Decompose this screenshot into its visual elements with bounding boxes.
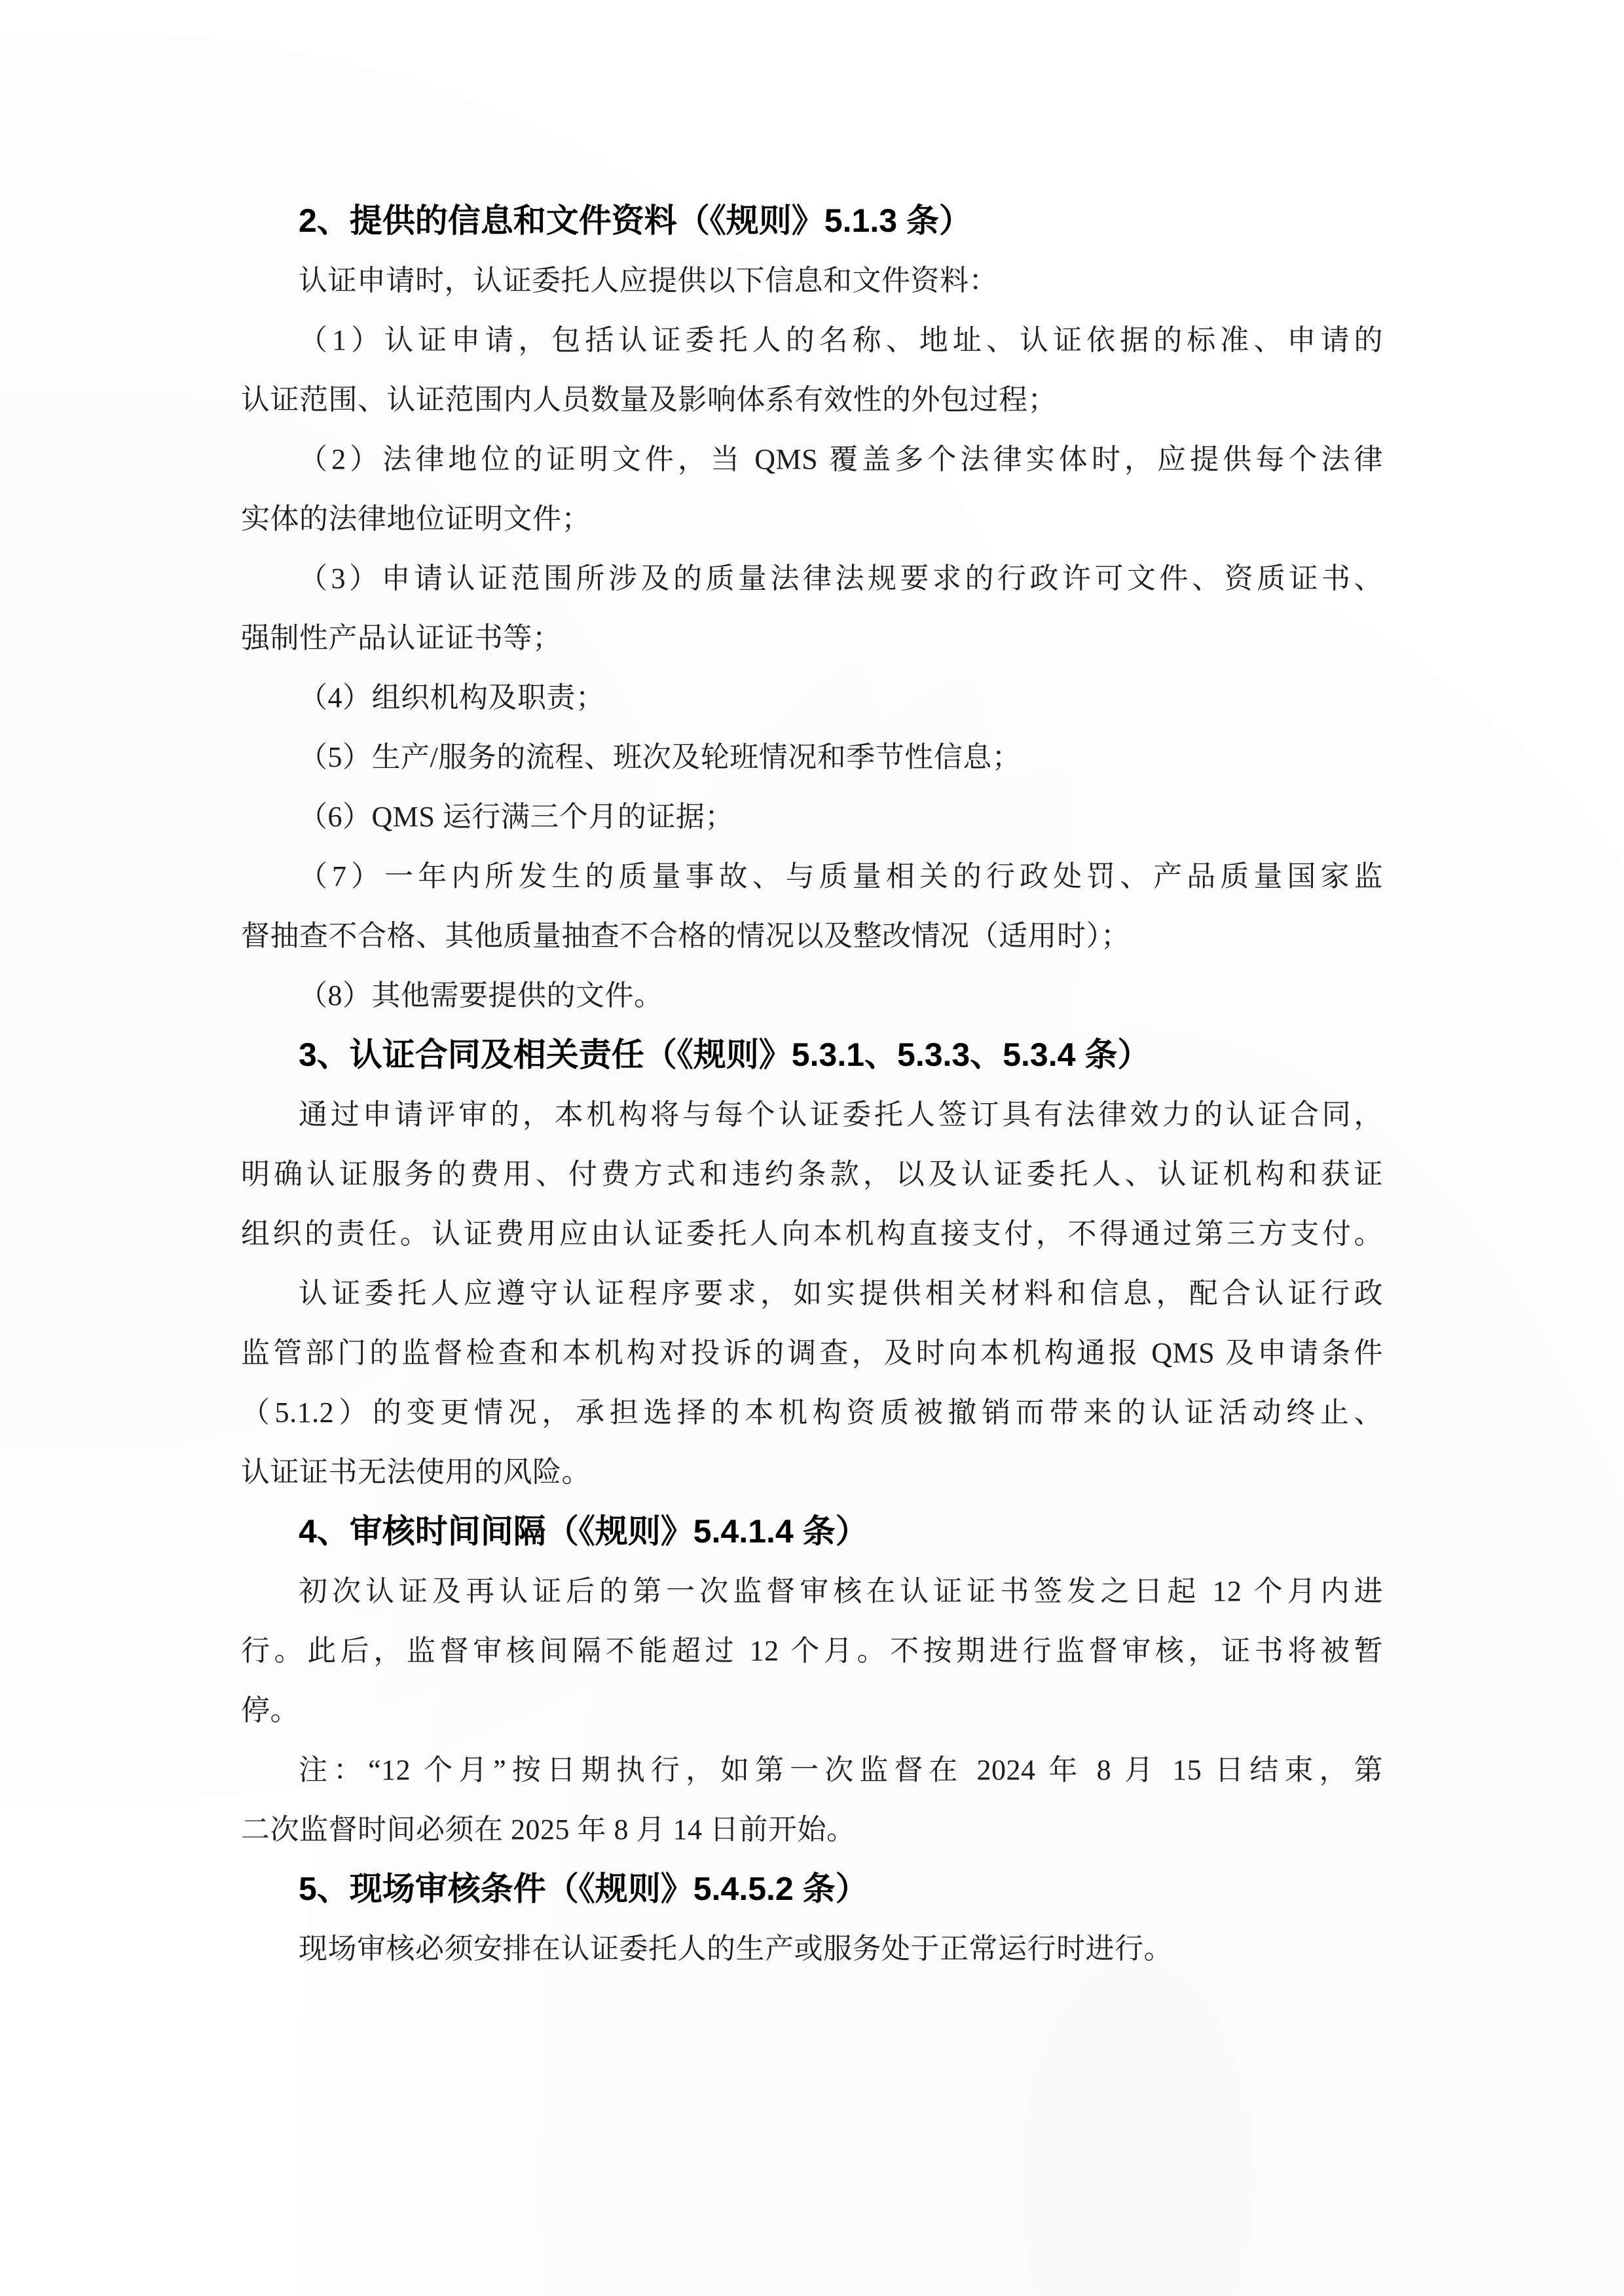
- section-2-heading: 2、提供的信息和文件资料（《规则》5.1.3 条）: [241, 191, 1383, 251]
- item-7-line-1: （7）一年内所发生的质量事故、与质量相关的行政处罚、产品质量国家监: [241, 847, 1383, 906]
- section-3-para-1-line-2: 明确认证服务的费用、付费方式和违约条款，以及认证委托人、认证机构和获证: [241, 1144, 1383, 1204]
- section-4-note-line-2: 二次监督时间必须在 2025 年 8 月 14 日前开始。: [241, 1800, 1383, 1859]
- section-3-para-2-line-3: （5.1.2）的变更情况，承担选择的本机构资质被撤销而带来的认证活动终止、: [241, 1383, 1383, 1442]
- section-4-heading: 4、审核时间间隔（《规则》5.4.1.4 条）: [241, 1502, 1383, 1561]
- item-8-line-1: （8）其他需要提供的文件。: [241, 966, 1383, 1025]
- section-2-intro: 认证申请时，认证委托人应提供以下信息和文件资料：: [241, 251, 1383, 310]
- document-text-block: 2、提供的信息和文件资料（《规则》5.1.3 条）认证申请时，认证委托人应提供以…: [241, 191, 1383, 1978]
- item-5-line-1: （5）生产/服务的流程、班次及轮班情况和季节性信息；: [241, 727, 1383, 787]
- section-4-para-1-line-3: 停。: [241, 1681, 1383, 1740]
- section-3-para-2-line-4: 认证证书无法使用的风险。: [241, 1442, 1383, 1502]
- section-4-para-1-line-2: 行。此后，监督审核间隔不能超过 12 个月。不按期进行监督审核，证书将被暂: [241, 1621, 1383, 1681]
- section-3-heading: 3、认证合同及相关责任（《规则》5.3.1、5.3.3、5.3.4 条）: [241, 1025, 1383, 1085]
- item-6-line-1: （6）QMS 运行满三个月的证据；: [241, 787, 1383, 847]
- item-7-line-2: 督抽查不合格、其他质量抽查不合格的情况以及整改情况（适用时）；: [241, 906, 1383, 966]
- section-5-para-1-line-1: 现场审核必须安排在认证委托人的生产或服务处于正常运行时进行。: [241, 1919, 1383, 1978]
- document-page: 2、提供的信息和文件资料（《规则》5.1.3 条）认证申请时，认证委托人应提供以…: [0, 0, 1624, 2296]
- section-5-heading: 5、现场审核条件（《规则》5.4.5.2 条）: [241, 1859, 1383, 1919]
- item-3-line-1: （3）申请认证范围所涉及的质量法律法规要求的行政许可文件、资质证书、: [241, 549, 1383, 608]
- section-4-note-line-1: 注：“12 个月”按日期执行，如第一次监督在 2024 年 8 月 15 日结束…: [241, 1740, 1383, 1800]
- item-1-line-2: 认证范围、认证范围内人员数量及影响体系有效性的外包过程；: [241, 370, 1383, 429]
- item-3-line-2: 强制性产品认证证书等；: [241, 608, 1383, 668]
- item-4-line-1: （4）组织机构及职责；: [241, 668, 1383, 727]
- section-4-para-1-line-1: 初次认证及再认证后的第一次监督审核在认证证书签发之日起 12 个月内进: [241, 1561, 1383, 1621]
- section-3-para-1-line-3: 组织的责任。认证费用应由认证委托人向本机构直接支付，不得通过第三方支付。: [241, 1204, 1383, 1264]
- item-2-line-2: 实体的法律地位证明文件；: [241, 489, 1383, 549]
- item-2-line-1: （2）法律地位的证明文件，当 QMS 覆盖多个法律实体时，应提供每个法律: [241, 429, 1383, 489]
- section-3-para-1-line-1: 通过申请评审的，本机构将与每个认证委托人签订具有法律效力的认证合同，: [241, 1085, 1383, 1144]
- section-3-para-2-line-2: 监管部门的监督检查和本机构对投诉的调查，及时向本机构通报 QMS 及申请条件: [241, 1323, 1383, 1383]
- item-1-line-1: （1）认证申请，包括认证委托人的名称、地址、认证依据的标准、申请的: [241, 310, 1383, 370]
- section-3-para-2-line-1: 认证委托人应遵守认证程序要求，如实提供相关材料和信息，配合认证行政: [241, 1264, 1383, 1323]
